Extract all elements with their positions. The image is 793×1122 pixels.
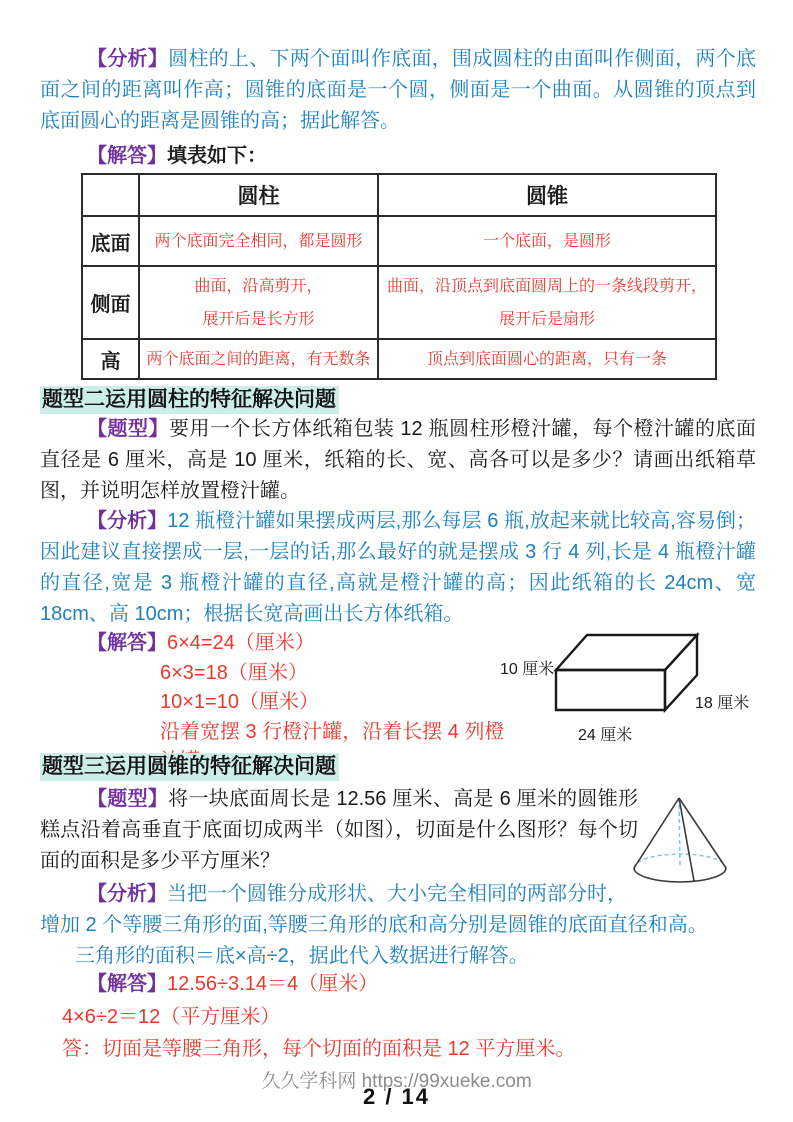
table-row: 高 两个底面之间的距离，有无数条 顶点到底面圆心的距离，只有一条 [82,339,716,379]
table-row: 底面 两个底面完全相同，都是圆形 一个底面，是圆形 [82,216,716,266]
analysis-label: 【分析】 [87,48,168,70]
analysis-line: 【分析】当把一个圆锥分成形状、大小完全相同的两部分时， [40,879,758,910]
worksheet-page: 【分析】圆柱的上、下两个面叫作底面，围成圆柱的由面叫作侧面，两个底面之间的距离叫… [0,0,793,1122]
cell-line: 一个底面，是圆形 [383,225,711,258]
equation: 12.56÷3.14＝4（厘米） [167,973,378,995]
question-label: 【题型】 [87,418,169,440]
cell-line: 两个底面之间的距离，有无数条 [144,343,373,376]
header-cylinder: 圆柱 [139,174,378,216]
analysis-label: 【分析】 [87,510,167,532]
table-header-row: 圆柱 圆锥 [82,174,716,216]
cell-cylinder-side: 曲面，沿高剪开， 展开后是长方形 [139,266,378,339]
equation: 4×6÷2＝12（平方厘米） [62,1001,758,1034]
topic2-analysis-paragraph: 【分析】12 瓶橙汁罐如果摆成两层,那么每层 6 瓶,放起来就比较高,容易倒；因… [40,506,756,630]
intro-answer-line: 【解答】填表如下： [40,141,756,172]
header-cone: 圆锥 [378,174,716,216]
analysis-line: 增加 2 个等腰三角形的面,等腰三角形的底和高分别是圆锥的底面直径和高。 [40,910,758,941]
answer-conclusion: 答：切面是等腰三角形，每个切面的面积是 12 平方厘米。 [62,1033,758,1066]
cylinder-cone-comparison-table: 圆柱 圆锥 底面 两个底面完全相同，都是圆形 一个底面，是圆形 侧面 曲面，沿高… [81,173,717,380]
equation: 10×1=10（厘米） [160,688,510,718]
cell-line: 曲面，沿高剪开， [144,270,373,303]
row-label-base: 底面 [82,216,139,266]
answer-label: 【解答】 [87,973,167,995]
cuboid-front-face [556,670,665,710]
topic3-analysis-paragraph: 【分析】当把一个圆锥分成形状、大小完全相同的两部分时， 增加 2 个等腰三角形的… [40,879,758,972]
topic3-heading: 题型三运用圆锥的特征解决问题 [40,750,339,780]
cone-left-slant [634,798,679,868]
cuboid-top-face [556,635,697,670]
box-depth-label: 18 厘米 [695,694,749,712]
cell-cone-side: 曲面，沿顶点到底面圆周上的一条线段剪开， 展开后是扇形 [378,266,716,339]
answer-text: 填表如下： [167,145,267,167]
cuboid-right-face [665,635,697,710]
answer-label: 【解答】 [87,145,167,167]
answer-label: 【解答】 [87,632,167,654]
topic3-question-paragraph: 【题型】将一块底面周长是 12.56 厘米、高是 6 厘米的圆锥形糕点沿着高垂直… [40,784,638,877]
row-label-side: 侧面 [82,266,139,339]
intro-analysis-paragraph: 【分析】圆柱的上、下两个面叫作底面，围成圆柱的由面叫作侧面，两个底面之间的距离叫… [40,44,756,137]
question-label: 【题型】 [87,788,168,810]
cell-cylinder-base: 两个底面完全相同，都是圆形 [139,216,378,266]
cell-line: 曲面，沿顶点到底面圆周上的一条线段剪开， [383,270,711,303]
answer-line: 【解答】12.56÷3.14＝4（厘米） [40,968,758,1001]
topic2-heading: 题型二运用圆柱的特征解决问题 [40,383,339,413]
topic2-question-paragraph: 【题型】要用一个长方体纸箱包装 12 瓶圆柱形橙汁罐，每个橙汁罐的底面直径是 6… [40,414,756,507]
answer-line: 【解答】6×4=24（厘米） [40,629,510,659]
equation: 6×3=18（厘米） [160,659,510,689]
topic2-heading-text: 题型二运用圆柱的特征解决问题 [40,386,339,414]
analysis-text: 当把一个圆锥分成形状、大小完全相同的两部分时， [167,883,627,905]
cell-cone-height: 顶点到底面圆心的距离，只有一条 [378,339,716,379]
equation: 6×4=24（厘米） [167,632,315,654]
box-width-label: 24 厘米 [578,726,632,744]
topic3-heading-text: 题型三运用圆锥的特征解决问题 [40,753,339,781]
table-row: 侧面 曲面，沿高剪开， 展开后是长方形 曲面，沿顶点到底面圆周上的一条线段剪开，… [82,266,716,339]
cell-cylinder-height: 两个底面之间的距离，有无数条 [139,339,378,379]
cuboid-diagram: 10 厘米 18 厘米 24 厘米 [490,626,790,751]
table-corner-cell [82,174,139,216]
cell-line: 展开后是扇形 [383,303,711,336]
cone-height-line [679,798,680,868]
box-height-label: 10 厘米 [500,660,554,678]
cell-line: 展开后是长方形 [144,303,373,336]
row-label-height: 高 [82,339,139,379]
cell-cone-base: 一个底面，是圆形 [378,216,716,266]
cell-line: 顶点到底面圆心的距离，只有一条 [383,343,711,376]
analysis-label: 【分析】 [87,883,167,905]
topic3-answer-block: 【解答】12.56÷3.14＝4（厘米） 4×6÷2＝12（平方厘米） 答：切面… [40,968,758,1066]
cell-line: 两个底面完全相同，都是圆形 [144,225,373,258]
page-number: 2 / 14 [0,1084,793,1110]
